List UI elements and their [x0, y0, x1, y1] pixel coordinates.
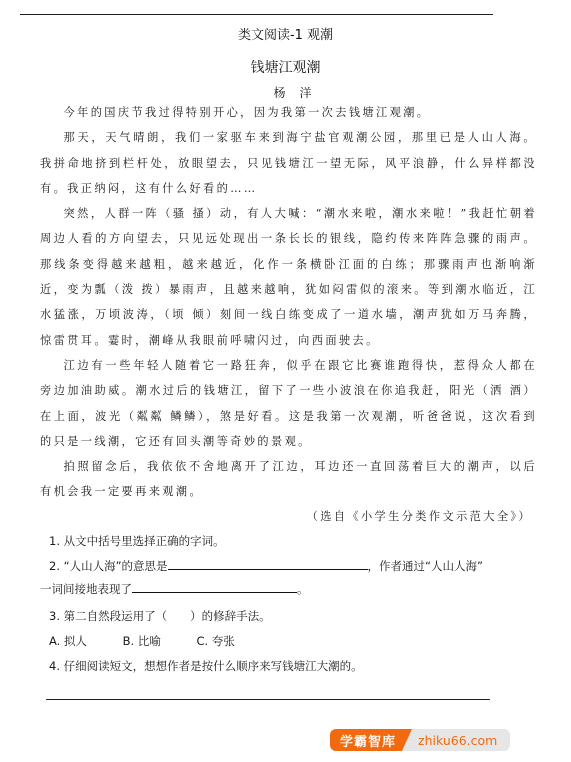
answer-blank-expression[interactable]: [132, 580, 297, 593]
watermark-site: zhiku66.com: [402, 729, 510, 751]
reading-passage: 今年的国庆节我过得特别开心，因为我第一次去钱塘江观潮。 那天，天气晴朗，我们一家…: [40, 100, 537, 505]
top-divider: [20, 14, 493, 15]
question-4: 4. 仔细阅读短文，想想作者是按什么顺序来写钱塘江大潮的。: [49, 658, 363, 674]
section-title: 类文阅读-1 观潮: [0, 24, 571, 43]
question-2-continued: 一词间接地表现了。: [40, 580, 309, 597]
watermark-brand: 学霸智库: [330, 729, 402, 751]
option-a[interactable]: A. 拟人: [49, 633, 87, 649]
paragraph-4: 江边有一些年轻人随着它一路狂奔，似乎在跟它比赛谁跑得快，惹得众人都在旁边加油助威…: [40, 353, 537, 454]
question-2-line2-suffix: 。: [297, 582, 309, 596]
paragraph-1: 今年的国庆节我过得特别开心，因为我第一次去钱塘江观潮。: [40, 100, 537, 125]
question-2: 2. “人山人海”的意思是，作者通过“人山人海”: [49, 557, 483, 574]
question-3-options: A. 拟人 B. 比喻 C. 夸张: [49, 633, 267, 649]
question-2-line2-prefix: 一词间接地表现了: [40, 582, 132, 596]
paragraph-2: 那天，天气晴朗，我们一家驱车来到海宁盐官观潮公园，那里已是人山人海。我拼命地挤到…: [40, 125, 537, 201]
paragraph-3: 突然，人群一阵（骚 搔）动，有人大喊：“潮水来啦，潮水来啦！”我赶忙朝着周边人看…: [40, 201, 537, 353]
option-c[interactable]: C. 夸张: [197, 633, 235, 649]
answer-line-question-4[interactable]: [46, 699, 490, 700]
question-1: 1. 从文中括号里选择正确的字词。: [49, 533, 225, 549]
author-name: 杨洋: [0, 84, 571, 101]
question-2-prefix: 2. “人山人海”的意思是: [49, 559, 168, 573]
option-b[interactable]: B. 比喻: [123, 633, 161, 649]
answer-blank-meaning[interactable]: [168, 557, 368, 570]
watermark-badge: 学霸智库 zhiku66.com: [330, 729, 510, 751]
article-title: 钱塘江观潮: [0, 57, 571, 77]
question-2-middle: ，作者通过“人山人海”: [368, 559, 483, 573]
paragraph-5: 拍照留念后，我依依不舍地离开了江边，耳边还一直回荡着巨大的潮声，以后有机会我一定…: [40, 454, 537, 505]
question-3: 3. 第二自然段运用了（ ）的修辞手法。: [49, 608, 271, 624]
source-citation: （选自《小学生分类作文示范大全》）: [0, 508, 532, 524]
